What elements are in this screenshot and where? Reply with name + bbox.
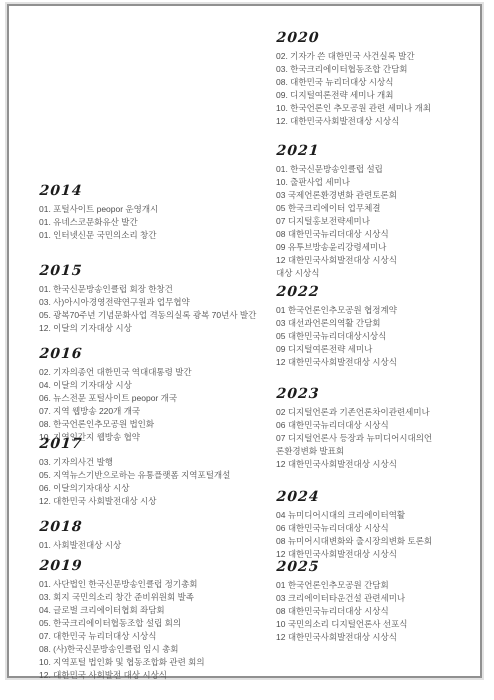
timeline-entry: 10. 지역포털 법인화 및 협동조합화 관련 회의 bbox=[39, 656, 205, 669]
year-heading: 2015 bbox=[39, 264, 257, 279]
timeline-entry: 01. 유네스코문화유산 발간 bbox=[39, 216, 158, 229]
year-section-2017: 201703. 기자의사건 발행05. 지역뉴스기반으로하는 유통플랫폼 지역포… bbox=[39, 437, 230, 508]
year-heading: 2017 bbox=[39, 437, 231, 452]
year-section-2021: 202101. 한국신문방송인클럽 설립10. 출판사업 세미나03 국제언론환… bbox=[276, 144, 397, 280]
year-section-2015: 201501. 한국신문방송인클럽 회장 한창건03. 사)아시아경영전략연구원… bbox=[39, 264, 256, 335]
year-heading: 2021 bbox=[276, 144, 398, 159]
year-heading: 2025 bbox=[276, 560, 409, 575]
timeline-entry: 12. 이달의 기자대상 시상 bbox=[39, 322, 256, 335]
year-heading: 2020 bbox=[276, 31, 432, 46]
year-heading: 2016 bbox=[39, 347, 193, 362]
year-heading: 2024 bbox=[276, 490, 433, 505]
year-section-2020: 202002. 기자가 쓴 대한민국 사건실록 발간03. 한국크리에이터협동조… bbox=[276, 31, 431, 128]
timeline-entry: 10. 한국언론인 추모공원 관련 세미나 개최 bbox=[276, 102, 431, 115]
timeline-entry: 08 뉴미어시대변화와 출시장의변화 토론회 bbox=[276, 535, 432, 548]
timeline-entry: 12. 대한민국 사회발전 대상 시상식 bbox=[39, 669, 205, 682]
timeline-entry: 12 대한민국사회발전대상 시상식 bbox=[276, 356, 397, 369]
timeline-entry: 12. 대한민국 사회발전대상 시상 bbox=[39, 495, 230, 508]
year-section-2014: 201401. 포털사이트 peopor 운영개시01. 유네스코문화유산 발간… bbox=[39, 184, 158, 242]
year-heading: 2023 bbox=[276, 387, 433, 402]
year-section-2025: 202501 한국언론인추모공원 간담회03 크리에이터타운건설 관련세미나08… bbox=[276, 560, 408, 644]
timeline-entry: 06. 뉴스전문 포털사이트 peopor 개국 bbox=[39, 392, 192, 405]
timeline-entry: 12 대한민국사회발전대상 시상식 bbox=[276, 631, 408, 644]
timeline-entry: 대상 시상식 bbox=[276, 267, 397, 280]
timeline-entry: 02. 기자의종언 대한민국 역대대통령 발간 bbox=[39, 366, 192, 379]
timeline-entry: 08. 한국언론인추모공원 법인화 bbox=[39, 418, 192, 431]
timeline-entry: 12. 대한민국사회발전대상 시상식 bbox=[276, 115, 431, 128]
year-heading: 2022 bbox=[276, 285, 398, 300]
timeline-entry: 06. 이달의기자대상 시상 bbox=[39, 482, 230, 495]
year-heading: 2018 bbox=[39, 520, 122, 535]
timeline-entry: 08 대한민국뉴리더대상 시상식 bbox=[276, 605, 408, 618]
timeline-entry: 03. 기자의사건 발행 bbox=[39, 456, 230, 469]
timeline-entry: 01 한국언론인추모공원 간담회 bbox=[276, 579, 408, 592]
timeline-entry: 06 대한민국뉴리더대상 시상식 bbox=[276, 522, 432, 535]
timeline-entry: 05 한국크리에이터 업무체결 bbox=[276, 202, 397, 215]
timeline-entry: 09 유투브방송윤리강령세미나 bbox=[276, 241, 397, 254]
timeline-entry: 08. (사)한국신문방송인클럽 임시 총회 bbox=[39, 643, 205, 656]
timeline-entry: 07 디지털언론사 등장과 뉴미디어시대의언 bbox=[276, 432, 432, 445]
timeline-entry: 07. 대한민국 뉴리더대상 시상식 bbox=[39, 630, 205, 643]
timeline-entry: 08 대한민국뉴리더대상 시상식 bbox=[276, 228, 397, 241]
year-section-2016: 201602. 기자의종언 대한민국 역대대통령 발간04. 이달의 기자대상 … bbox=[39, 347, 192, 444]
timeline-entry: 08. 대한민국 뉴리더대상 시상식 bbox=[276, 76, 431, 89]
timeline-entry: 02. 기자가 쓴 대한민국 사건실록 발간 bbox=[276, 50, 431, 63]
timeline-entry: 03 대선과언론의역활 간담회 bbox=[276, 317, 397, 330]
timeline-entry: 12 대한민국사회발전대상 시상식 bbox=[276, 458, 432, 471]
timeline-entry: 03 크리에이터타운건설 관련세미나 bbox=[276, 592, 408, 605]
year-section-2018: 201801. 사회발전대상 시상 bbox=[39, 520, 121, 552]
year-section-2023: 202302 디지털언론과 기존언론차이관련세미나06 대한민국뉴리더대상 시상… bbox=[276, 387, 432, 471]
timeline-entry: 01. 포털사이트 peopor 운영개시 bbox=[39, 203, 158, 216]
year-heading: 2019 bbox=[39, 559, 206, 574]
timeline-entry: 03. 회지 국민의소리 창간 준비위원회 발족 bbox=[39, 591, 205, 604]
timeline-entry: 01. 한국신문방송인클럽 회장 한창건 bbox=[39, 283, 256, 296]
timeline-entry: 01. 한국신문방송인클럽 설립 bbox=[276, 163, 397, 176]
timeline-entry: 04. 이달의 기자대상 시상 bbox=[39, 379, 192, 392]
timeline-entry: 01. 인터넷신문 국민의소리 창간 bbox=[39, 229, 158, 242]
timeline-entry: 05 대한민국뉴리더대상시상식 bbox=[276, 330, 397, 343]
timeline-entry: 01 한국언론인추모공원 협정계약 bbox=[276, 304, 397, 317]
timeline-entry: 01. 사회발전대상 시상 bbox=[39, 539, 121, 552]
timeline-entry: 12 대한민국사회발전대상 시상식 bbox=[276, 254, 397, 267]
timeline-entry: 03 국제언론환경변화 관련토론회 bbox=[276, 189, 397, 202]
timeline-entry: 03. 한국크리에이터협동조합 간담회 bbox=[276, 63, 431, 76]
timeline-entry: 09. 디지털여론전략 세미나 개최 bbox=[276, 89, 431, 102]
timeline-entry: 10. 출판사업 세미나 bbox=[276, 176, 397, 189]
timeline-entry: 06 대한민국뉴리더대상 시상식 bbox=[276, 419, 432, 432]
year-section-2024: 202404 뉴미디어시대의 크리에이터역활06 대한민국뉴리더대상 시상식08… bbox=[276, 490, 432, 561]
timeline-entry: 07 디지털홍보전략세미나 bbox=[276, 215, 397, 228]
timeline-entry: 05. 광복70주년 기념문화사업 격동의실록 광복 70년사 발간 bbox=[39, 309, 256, 322]
document-page: 201401. 포털사이트 peopor 운영개시01. 유네스코문화유산 발간… bbox=[7, 4, 482, 678]
timeline-entry: 05. 한국크리에이터협동조합 설립 회의 bbox=[39, 617, 205, 630]
timeline-entry: 05. 지역뉴스기반으로하는 유통플랫폼 지역포털개설 bbox=[39, 469, 230, 482]
timeline-entry: 07. 지역 웹방송 220개 개국 bbox=[39, 405, 192, 418]
timeline-entry: 01. 사단법인 한국신문방송인클럽 정기총회 bbox=[39, 578, 205, 591]
year-heading: 2014 bbox=[39, 184, 159, 199]
timeline-entry: 04. 글로벌 크리에이터협회 좌담회 bbox=[39, 604, 205, 617]
year-section-2019: 201901. 사단법인 한국신문방송인클럽 정기총회03. 회지 국민의소리 … bbox=[39, 559, 205, 682]
timeline-entry: 03. 사)아시아경영전략연구원과 업무협약 bbox=[39, 296, 256, 309]
timeline-entry: 09 디지털여론전략 세미나 bbox=[276, 343, 397, 356]
year-section-2022: 202201 한국언론인추모공원 협정계약03 대선과언론의역활 간담회05 대… bbox=[276, 285, 397, 369]
timeline-entry: 론환경변화 발표회 bbox=[276, 445, 432, 458]
timeline-entry: 10 국민의소리 디지털언론사 선포식 bbox=[276, 618, 408, 631]
timeline-entry: 04 뉴미디어시대의 크리에이터역활 bbox=[276, 509, 432, 522]
timeline-entry: 02 디지털언론과 기존언론차이관련세미나 bbox=[276, 406, 432, 419]
